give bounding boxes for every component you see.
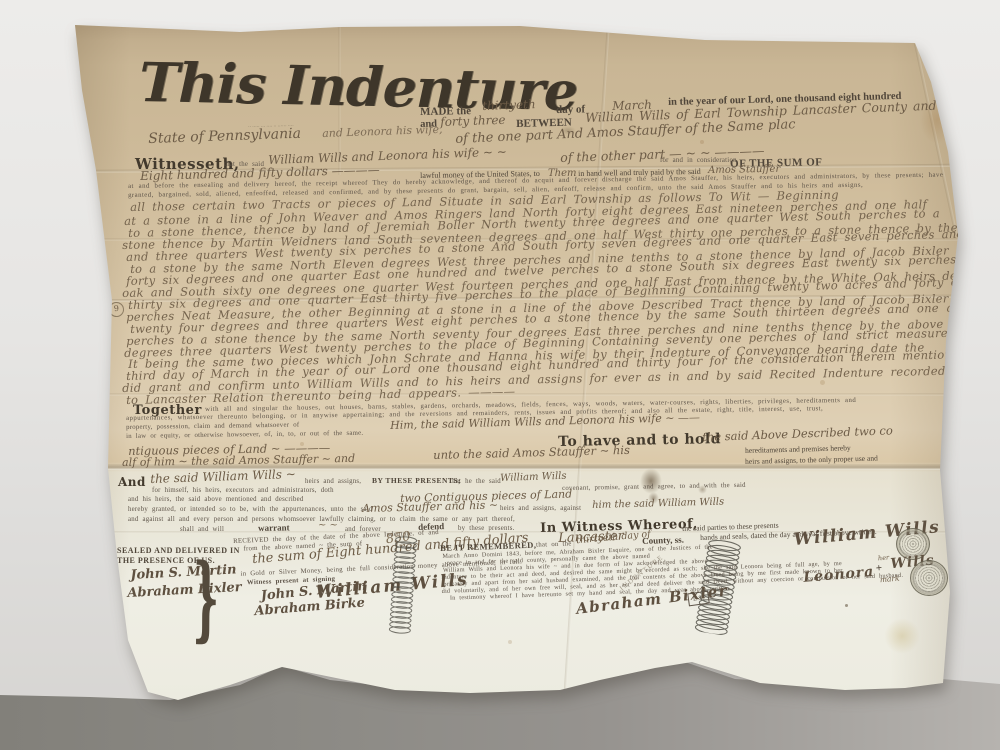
boilerplate-line: heirs and assigns, bbox=[305, 478, 361, 485]
fox-speck bbox=[820, 380, 825, 385]
year-handwritten: forty three bbox=[440, 113, 506, 129]
boilerplate-line: for himself, his heirs, executors and ad… bbox=[152, 487, 334, 494]
boilerplate-line: shall and will bbox=[180, 526, 224, 533]
mark-cross: + bbox=[875, 562, 882, 575]
mark-label: mark bbox=[879, 574, 899, 585]
ack-line: that on the bbox=[536, 540, 572, 548]
sealed-delivered-label: SEALED AND DELIVERED IN bbox=[117, 546, 240, 555]
boilerplate-line: and his heirs, the said above mentioned … bbox=[128, 496, 304, 503]
consideration-label: for and in consideration bbox=[660, 157, 737, 164]
day-of-label: day of bbox=[556, 103, 585, 116]
day-handwritten: thirtyeth bbox=[482, 97, 536, 113]
and-label: And bbox=[118, 475, 146, 489]
fox-speck bbox=[700, 140, 704, 144]
document-title: This Indenture bbox=[139, 50, 578, 123]
photo-of-indenture-document: This Indenture ·· ····· ··· ···· ·· ····… bbox=[0, 0, 1000, 750]
boilerplate-line: that he the said bbox=[450, 478, 501, 485]
document-paper: This Indenture ·· ····· ··· ···· ·· ····… bbox=[0, 0, 1000, 750]
flourish-handwritten: ~ ~ bbox=[318, 520, 338, 531]
boilerplate-line: hereby granted, or intended so to be, wi… bbox=[128, 506, 373, 513]
warrant-label: warrant bbox=[258, 522, 290, 533]
ink-dot bbox=[845, 604, 848, 607]
wills-handwritten: William Wills bbox=[500, 471, 567, 484]
stain-spot bbox=[884, 618, 920, 654]
boilerplate-line: heirs and assigns, against bbox=[500, 505, 581, 512]
fox-speck bbox=[508, 640, 512, 644]
by-these-presents-label: BY THESE PRESENTS; bbox=[372, 476, 461, 485]
brace-flourish: } bbox=[192, 543, 219, 652]
document-paper-wrap: This Indenture ·· ····· ··· ···· ·· ····… bbox=[0, 0, 1000, 750]
her-label: her bbox=[878, 553, 890, 562]
embossed-seal bbox=[910, 560, 948, 596]
stain-spot bbox=[86, 234, 97, 247]
boilerplate-line: by these presents. bbox=[458, 525, 515, 532]
